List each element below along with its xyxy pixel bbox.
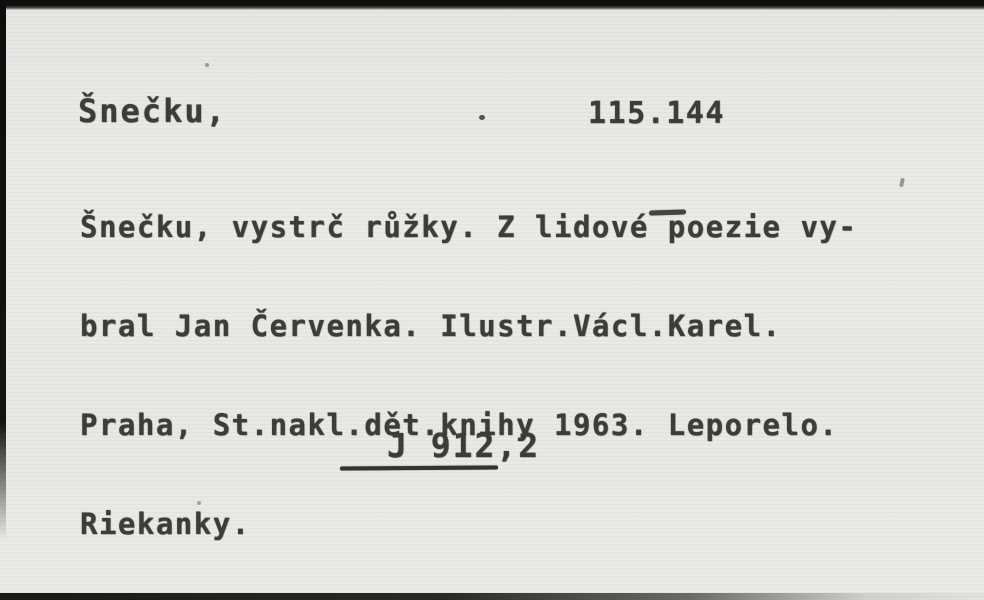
ink-speck <box>205 63 209 67</box>
card-title: Šnečku, <box>78 92 227 130</box>
scan-border-left <box>0 0 6 540</box>
entry-line-4: Riekanky. <box>80 508 857 541</box>
bibliographic-entry: Šnečku, vystrč růžky. Z lidové poezie vy… <box>80 145 857 574</box>
entry-line-2: bral Jan Červenka. Ilustr.Václ.Karel. <box>80 310 857 343</box>
call-number: J 912,2 <box>387 426 540 465</box>
ink-speck <box>479 115 485 120</box>
ink-speck <box>197 501 201 505</box>
scan-border-top <box>0 0 984 10</box>
shelf-number: 115.144 <box>588 96 725 131</box>
scan-border-bottom <box>0 593 984 600</box>
ink-speck <box>899 178 905 188</box>
entry-line-1: Šnečku, vystrč růžky. Z lidové poezie vy… <box>80 211 857 244</box>
